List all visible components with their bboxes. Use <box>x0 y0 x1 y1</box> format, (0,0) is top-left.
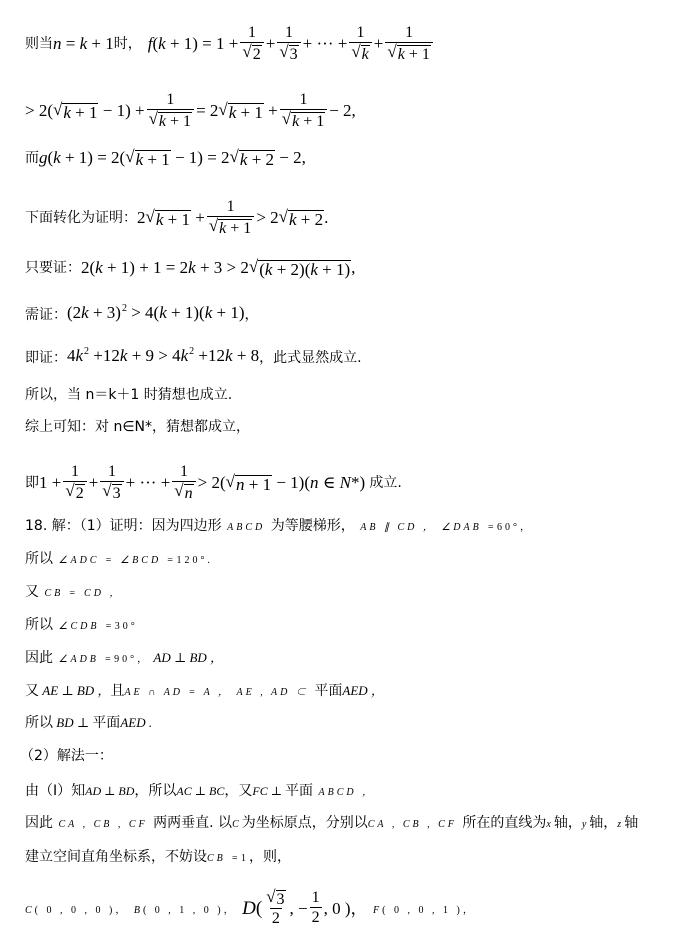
text: 而 <box>25 148 39 168</box>
text: ，所以 <box>134 781 176 801</box>
text: ，此式显然成立. <box>259 348 361 368</box>
text: 18. 解：（1）证明：因为四边形 <box>25 516 222 536</box>
text: 建立空间直角坐标系，不妨设 <box>25 847 207 867</box>
solution-line-15: 因此 ∠ADB = 90°， AD ⊥ BD ， <box>25 648 223 668</box>
text: 所以，当 n＝k＋1 时猜想也成立. <box>25 385 232 405</box>
proof-line-5: 只要证： 2(k + 1) + 1 = 2k + 3 > 2√(k + 2)(k… <box>25 258 355 278</box>
text: ， <box>244 305 258 325</box>
text: 即 <box>25 473 39 493</box>
text: 因此 <box>25 813 53 833</box>
proof-line-7: 即证： 4k2 +12k + 9 > 4k2 +12k + 8 ，此式显然成立. <box>25 346 362 369</box>
solution-line-13: 又 CB = CD ， <box>25 582 122 602</box>
text: 平面 <box>92 713 120 733</box>
text: （2）解法一： <box>20 746 113 766</box>
text: 为坐标原点，分别以 <box>242 813 368 833</box>
solution-line-16: 又 AE ⊥ BD ， 且 AE ∩ AD = A ， AE , AD ⊂ 平面… <box>25 681 384 701</box>
text: 又 <box>25 681 39 701</box>
text: 时， <box>114 34 142 54</box>
proof-line-10: 即 1 + 1√2 + 1√3 + ··· + 1√n > 2(√n + 1 −… <box>25 463 402 502</box>
text: 即证： <box>25 348 67 368</box>
text: 下面转化为证明： <box>25 208 137 228</box>
solution-line-17: 所以 BD ⊥ 平面 AED . <box>25 713 152 733</box>
text: 平面 <box>285 781 313 801</box>
text: 所以 <box>25 713 53 733</box>
text: 为等腰梯形， <box>271 516 355 536</box>
text: ，则， <box>249 847 291 867</box>
text: 只要证： <box>25 258 81 278</box>
text: 轴 <box>624 813 638 833</box>
text: 所以 <box>25 615 53 635</box>
text: 由（I）知 <box>25 781 85 801</box>
solution-line-21: 建立空间直角坐标系，不妨设 CB = 1 ，则， <box>25 847 291 867</box>
text: 成立. <box>369 473 401 493</box>
proof-line-1: 则当 n = k + 1 时， f(k + 1) = 1 + 1√2 + 1√3… <box>25 24 435 63</box>
text: 轴， <box>554 813 582 833</box>
proof-line-9: 综上可知：对 n∈N*，猜想都成立， <box>25 417 250 437</box>
text: 因此 <box>25 648 53 668</box>
text: 两两垂直. 以 <box>153 813 232 833</box>
text: 平面 <box>314 681 342 701</box>
proof-line-8: 所以，当 n＝k＋1 时猜想也成立. <box>25 385 232 405</box>
solution-line-12: 所以 ∠ADC = ∠BCD = 120°. <box>25 549 213 569</box>
text: 综上可知：对 n∈N*，猜想都成立， <box>25 417 250 437</box>
solution-line-11: 18. 解：（1）证明：因为四边形 ABCD 为等腰梯形， AB ∥ CD ， … <box>25 516 533 536</box>
text: 需证： <box>25 305 67 325</box>
solution-line-22: C( 0 , 0 , 0 )， B( 0 , 1 , 0 )， D( √32 ,… <box>25 888 476 925</box>
text: 所以 <box>25 549 53 569</box>
text: 又 <box>25 582 39 602</box>
solution-line-18: （2）解法一： <box>20 746 113 766</box>
solution-line-14: 所以 ∠CDB = 30° <box>25 615 138 635</box>
solution-line-19: 由（I）知 AD ⊥ BD ，所以 AC ⊥ BC ，又 FC ⊥ 平面 ABC… <box>25 781 375 801</box>
text: 则当 <box>25 34 53 54</box>
text: 轴， <box>589 813 617 833</box>
proof-line-6: 需证： (2k + 3)2 > 4(k + 1)(k + 1)， <box>25 303 258 326</box>
text: 所在的直线为 <box>462 813 546 833</box>
proof-line-4: 下面转化为证明： 2√k + 1 + 1√k + 1 > 2√k + 2. <box>25 198 328 237</box>
solution-line-20: 因此 CA , CB , CF 两两垂直. 以 C 为坐标原点，分别以 CA ,… <box>25 813 638 833</box>
proof-line-2: > 2(√k + 1 − 1) + 1√k + 1 = 2√k + 1 + 1√… <box>25 91 356 130</box>
proof-line-3: 而 g(k + 1) = 2(√k + 1 − 1) = 2√k + 2 − 2… <box>25 148 306 168</box>
text: ，又 <box>224 781 252 801</box>
